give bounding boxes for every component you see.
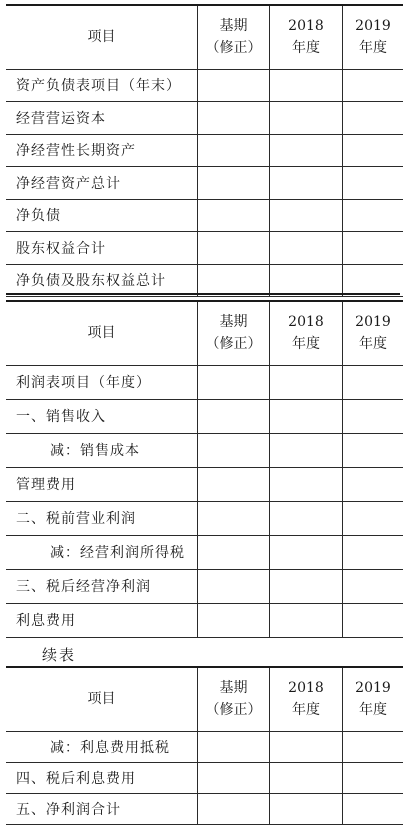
cell-base (198, 433, 270, 467)
continued-table: 项目 基期（修正） 2018年度 2019年度 减：利息费用抵税 四、税后利息费… (6, 666, 403, 825)
header-2019: 2019年度 (343, 301, 404, 365)
header-2018: 2018年度 (270, 667, 343, 731)
cell-2018 (270, 762, 343, 793)
cell-2018 (270, 569, 343, 603)
cell-2018 (270, 199, 343, 232)
cell-base (198, 365, 270, 399)
header-item: 项目 (6, 667, 198, 731)
header-2019-line2: 年度 (359, 40, 387, 56)
row-label: 减：经营利润所得税 (6, 535, 198, 569)
cell-base (198, 731, 270, 762)
header-base: 基期（修正） (198, 5, 270, 69)
table-row: 净经营性长期资产 (6, 134, 403, 167)
cell-base (198, 199, 270, 232)
header-2018-line2: 年度 (292, 40, 320, 56)
header-item-label: 项目 (88, 29, 116, 45)
cell-2018 (270, 793, 343, 824)
header-base-line2: （修正） (206, 702, 262, 718)
table-row: 净经营资产总计 (6, 167, 403, 200)
cell-2019 (343, 167, 404, 200)
table-row: 减：销售成本 (6, 433, 403, 467)
table-row: 减：利息费用抵税 (6, 731, 403, 762)
cell-2018 (270, 264, 343, 297)
table-row: 利润表项目（年度） (6, 365, 403, 399)
cell-2018 (270, 232, 343, 265)
cell-2019 (343, 134, 404, 167)
table-row: 减：经营利润所得税 (6, 535, 403, 569)
cell-2019 (343, 102, 404, 135)
table-row: 净负债 (6, 199, 403, 232)
row-label: 三、税后经营净利润 (6, 569, 198, 603)
header-2018: 2018年度 (270, 301, 343, 365)
header-row: 项目 基期（修正） 2018年度 2019年度 (6, 667, 403, 731)
table-row: 四、税后利息费用 (6, 762, 403, 793)
row-label: 净负债 (6, 199, 198, 232)
cell-base (198, 603, 270, 637)
cell-2019 (343, 467, 404, 501)
cell-2018 (270, 365, 343, 399)
row-label: 净经营性长期资产 (6, 134, 198, 167)
table-row: 二、税前营业利润 (6, 501, 403, 535)
cell-2018 (270, 134, 343, 167)
cell-2019 (343, 365, 404, 399)
row-label: 减：利息费用抵税 (6, 731, 198, 762)
table-row: 三、税后经营净利润 (6, 569, 403, 603)
table-row: 五、净利润合计 (6, 793, 403, 824)
row-label: 管理费用 (6, 467, 198, 501)
header-base-line2: （修正） (206, 336, 262, 352)
cell-2018 (270, 102, 343, 135)
header-row: 项目 基期（修正） 2018年度 2019年度 (6, 5, 403, 69)
table-row: 资产负债表项目（年末） (6, 69, 403, 102)
cell-base (198, 69, 270, 102)
cell-base (198, 501, 270, 535)
cell-2019 (343, 501, 404, 535)
header-2019-line1: 2019 (355, 680, 391, 696)
header-item-label: 项目 (88, 691, 116, 707)
cell-base (198, 467, 270, 501)
row-label: 净负债及股东权益总计 (6, 264, 198, 297)
cell-base (198, 102, 270, 135)
row-label: 四、税后利息费用 (6, 762, 198, 793)
row-label: 股东权益合计 (6, 232, 198, 265)
row-label: 净经营资产总计 (6, 167, 198, 200)
cell-base (198, 399, 270, 433)
header-row: 项目 基期（修正） 2018年度 2019年度 (6, 301, 403, 365)
header-base-line1: 基期 (220, 18, 248, 34)
cell-2018 (270, 603, 343, 637)
cell-base (198, 569, 270, 603)
cell-2018 (270, 69, 343, 102)
row-label: 二、税前营业利润 (6, 501, 198, 535)
header-base: 基期（修正） (198, 301, 270, 365)
cell-2018 (270, 399, 343, 433)
row-label: 一、销售收入 (6, 399, 198, 433)
table-row: 一、销售收入 (6, 399, 403, 433)
cell-2018 (270, 731, 343, 762)
row-label: 利润表项目（年度） (6, 365, 198, 399)
table-row: 经营营运资本 (6, 102, 403, 135)
cell-2019 (343, 199, 404, 232)
cell-base (198, 134, 270, 167)
cell-base (198, 535, 270, 569)
header-item: 项目 (6, 301, 198, 365)
income-statement-table: 项目 基期（修正） 2018年度 2019年度 利润表项目（年度） 一、销售收入… (6, 300, 403, 638)
cell-2019 (343, 69, 404, 102)
cell-2019 (343, 569, 404, 603)
header-2018-line2: 年度 (292, 336, 320, 352)
header-base-line2: （修正） (206, 40, 262, 56)
cell-2019 (343, 793, 404, 824)
cell-2018 (270, 501, 343, 535)
cell-base (198, 762, 270, 793)
header-item: 项目 (6, 5, 198, 69)
row-label: 利息费用 (6, 603, 198, 637)
header-2018-line1: 2018 (288, 18, 324, 34)
row-label: 减：销售成本 (6, 433, 198, 467)
section-divider (6, 293, 400, 295)
header-item-label: 项目 (88, 325, 116, 341)
cell-2019 (343, 232, 404, 265)
cell-2019 (343, 731, 404, 762)
table-row: 管理费用 (6, 467, 403, 501)
cell-2019 (343, 762, 404, 793)
table-row: 利息费用 (6, 603, 403, 637)
header-2019-line1: 2019 (355, 314, 391, 330)
header-2019-line2: 年度 (359, 336, 387, 352)
cell-base (198, 264, 270, 297)
cell-2019 (343, 433, 404, 467)
cell-2018 (270, 167, 343, 200)
header-2019-line1: 2019 (355, 18, 391, 34)
table-row: 股东权益合计 (6, 232, 403, 265)
continued-table-title: 续表 (42, 644, 76, 665)
cell-2019 (343, 399, 404, 433)
cell-base (198, 167, 270, 200)
cell-2018 (270, 433, 343, 467)
table-row: 净负债及股东权益总计 (6, 264, 403, 297)
header-2018-line2: 年度 (292, 702, 320, 718)
cell-2019 (343, 603, 404, 637)
cell-base (198, 793, 270, 824)
header-base-line1: 基期 (220, 680, 248, 696)
cell-2019 (343, 535, 404, 569)
cell-base (198, 232, 270, 265)
header-2018-line1: 2018 (288, 680, 324, 696)
header-2019-line2: 年度 (359, 702, 387, 718)
row-label: 资产负债表项目（年末） (6, 69, 198, 102)
cell-2019 (343, 264, 404, 297)
header-2018-line1: 2018 (288, 314, 324, 330)
header-base: 基期（修正） (198, 667, 270, 731)
cell-2018 (270, 535, 343, 569)
header-2018: 2018年度 (270, 5, 343, 69)
cell-2018 (270, 467, 343, 501)
header-2019: 2019年度 (343, 5, 404, 69)
row-label: 五、净利润合计 (6, 793, 198, 824)
balance-sheet-table: 项目 基期（修正） 2018年度 2019年度 资产负债表项目（年末） 经营营运… (6, 4, 403, 297)
header-2019: 2019年度 (343, 667, 404, 731)
header-base-line1: 基期 (220, 314, 248, 330)
row-label: 经营营运资本 (6, 102, 198, 135)
